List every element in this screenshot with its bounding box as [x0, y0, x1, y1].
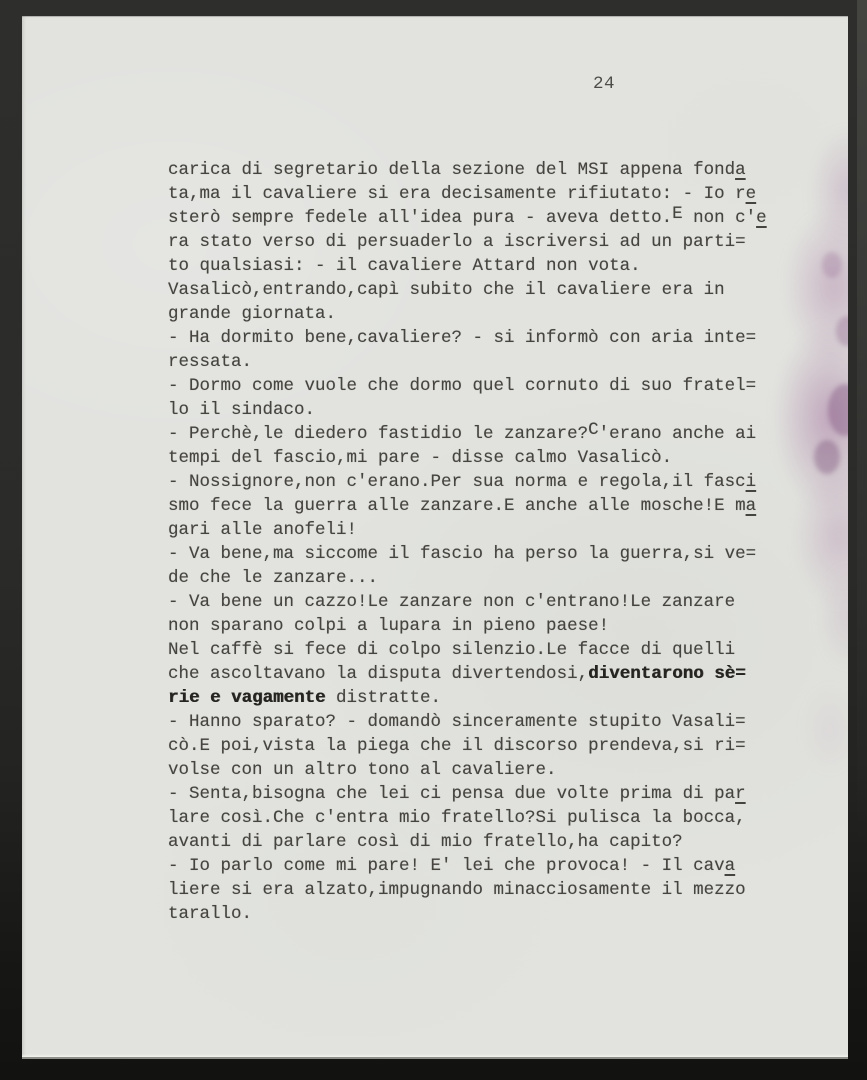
scan-background: { "page": { "number": "24" }, "colors": … [0, 0, 867, 1080]
text-line: Vasalicò,entrando,capì subito che il cav… [168, 278, 808, 302]
text-segment: liere si era alzato,impugnando minaccios… [168, 880, 746, 900]
text-line: non sparano colpi a lupara in pieno paes… [168, 614, 808, 638]
page-number: 24 [593, 74, 615, 94]
text-segment: E [672, 204, 683, 224]
text-segment: - Va bene un cazzo!Le zanzare non c'entr… [168, 592, 735, 612]
text-line: cò.E poi,vista la piega che il discorso … [168, 734, 808, 758]
text-line: to qualsiasi: - il cavaliere Attard non … [168, 254, 808, 278]
text-segment: sterò sempre fedele all'idea pura - avev… [168, 208, 672, 228]
text-line: - Hanno sparato? - domandò sinceramente … [168, 710, 808, 734]
stain-speck [836, 316, 848, 346]
text-segment: cò.E poi,vista la piega che il discorso … [168, 736, 746, 756]
typescript-text: carica di segretario della sezione del M… [168, 158, 808, 926]
text-segment: tempi del fascio,mi pare - disse calmo V… [168, 448, 672, 468]
text-line: carica di segretario della sezione del M… [168, 158, 808, 182]
text-line: sterò sempre fedele all'idea pura - avev… [168, 206, 808, 230]
text-segment: a [746, 496, 757, 516]
text-segment: smo fece la guerra alle zanzare.E anche … [168, 496, 746, 516]
text-segment: che ascoltavano la disputa divertendosi, [168, 664, 588, 684]
stain-speck [822, 252, 842, 278]
text-line: - Senta,bisogna che lei ci pensa due vol… [168, 782, 808, 806]
text-segment: - Nossignore,non c'erano.Per sua norma e… [168, 472, 746, 492]
text-line: de che le zanzare... [168, 566, 808, 590]
text-segment: r [735, 784, 746, 804]
text-line: - Perchè,le diedero fastidio le zanzare?… [168, 422, 808, 446]
text-segment: non sparano colpi a lupara in pieno paes… [168, 616, 609, 636]
text-line: volse con un altro tono al cavaliere. [168, 758, 808, 782]
text-line: lo il sindaco. [168, 398, 808, 422]
text-segment: - Dormo come vuole che dormo quel cornut… [168, 376, 756, 396]
text-segment: non c' [683, 208, 757, 228]
text-segment: - Ha dormito bene,cavaliere? - si inform… [168, 328, 756, 348]
text-line: ressata. [168, 350, 808, 374]
stain-blob [810, 128, 848, 254]
text-segment: a [725, 856, 736, 876]
text-segment: - Perchè,le diedero fastidio le zanzare? [168, 424, 588, 444]
text-segment: Nel caffè si fece di colpo silenzio.Le f… [168, 640, 735, 660]
text-line: - Va bene,ma siccome il fascio ha perso … [168, 542, 808, 566]
text-segment: - Hanno sparato? - domandò sinceramente … [168, 712, 746, 732]
text-segment: a [735, 160, 746, 180]
text-line: gari alle anofeli! [168, 518, 808, 542]
text-segment: avanti di parlare così di mio fratello,h… [168, 832, 683, 852]
text-segment: ta,ma il cavaliere si era decisamente ri… [168, 184, 746, 204]
text-segment: Vasalicò,entrando,capì subito che il cav… [168, 280, 725, 300]
stain-speck [828, 384, 848, 436]
text-segment: - Io parlo come mi pare! E' lei che prov… [168, 856, 725, 876]
text-segment: - Senta,bisogna che lei ci pensa due vol… [168, 784, 735, 804]
scan-edge-highlight [857, 0, 867, 842]
stain-blob [818, 564, 848, 668]
text-segment: gari alle anofeli! [168, 520, 357, 540]
text-line: - Nossignore,non c'erano.Per sua norma e… [168, 470, 808, 494]
text-segment: distratte. [326, 688, 442, 708]
text-segment: grande giornata. [168, 304, 336, 324]
stain-speck [814, 440, 840, 474]
stain-blob [802, 684, 848, 774]
text-segment: lare così.Che c'entra mio fratello?Si pu… [168, 808, 746, 828]
text-segment: C [588, 420, 599, 440]
text-line: grande giornata. [168, 302, 808, 326]
text-line: - Io parlo come mi pare! E' lei che prov… [168, 854, 808, 878]
text-segment: i [746, 472, 757, 492]
text-segment: lo il sindaco. [168, 400, 315, 420]
text-segment: diventarono sè= [588, 664, 746, 684]
text-line: ta,ma il cavaliere si era decisamente ri… [168, 182, 808, 206]
text-segment: ra stato verso di persuaderlo a iscriver… [168, 232, 746, 252]
typescript-page: 24 carica di segretario della sezione de… [22, 16, 848, 1057]
text-segment: ressata. [168, 352, 252, 372]
text-segment: 'erano anche ai [599, 424, 757, 444]
text-line: ra stato verso di persuaderlo a iscriver… [168, 230, 808, 254]
text-line: Nel caffè si fece di colpo silenzio.Le f… [168, 638, 808, 662]
text-line: avanti di parlare così di mio fratello,h… [168, 830, 808, 854]
text-line: che ascoltavano la disputa divertendosi,… [168, 662, 808, 686]
text-segment: rie e vagamente [168, 688, 326, 708]
text-segment: tarallo. [168, 904, 252, 924]
text-line: tarallo. [168, 902, 808, 926]
text-segment: carica di segretario della sezione del M… [168, 160, 735, 180]
text-segment: e [756, 208, 767, 228]
text-line: rie e vagamente distratte. [168, 686, 808, 710]
text-segment: volse con un altro tono al cavaliere. [168, 760, 557, 780]
text-line: - Ha dormito bene,cavaliere? - si inform… [168, 326, 808, 350]
text-line: - Dormo come vuole che dormo quel cornut… [168, 374, 808, 398]
text-segment: - Va bene,ma siccome il fascio ha perso … [168, 544, 756, 564]
text-segment: e [746, 184, 757, 204]
text-line: smo fece la guerra alle zanzare.E anche … [168, 494, 808, 518]
text-segment: de che le zanzare... [168, 568, 378, 588]
text-line: lare così.Che c'entra mio fratello?Si pu… [168, 806, 808, 830]
text-line: liere si era alzato,impugnando minaccios… [168, 878, 808, 902]
paper-bottom-edge [22, 1054, 848, 1057]
text-line: tempi del fascio,mi pare - disse calmo V… [168, 446, 808, 470]
text-segment: to qualsiasi: - il cavaliere Attard non … [168, 256, 641, 276]
text-line: - Va bene un cazzo!Le zanzare non c'entr… [168, 590, 808, 614]
